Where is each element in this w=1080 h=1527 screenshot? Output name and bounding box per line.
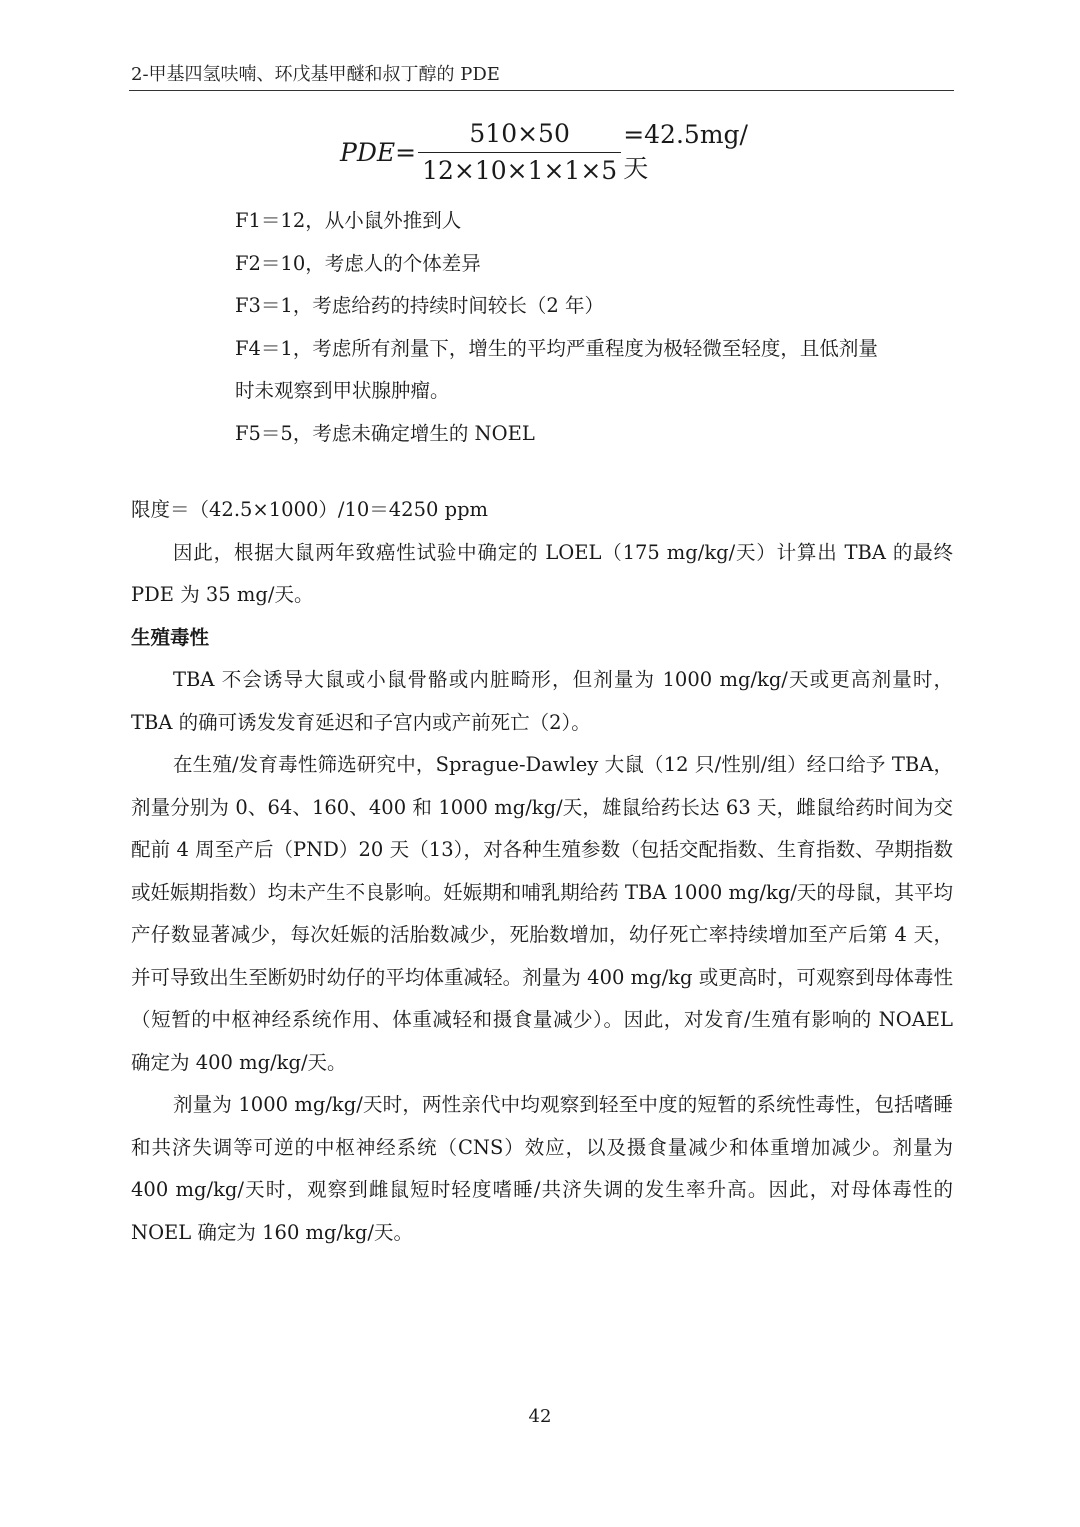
pde-formula: PDE= 510×50 12×10×1×1×5 =42.5mg/天 [340, 112, 760, 192]
formula-lhs: PDE= [340, 138, 416, 167]
header-divider [129, 90, 954, 91]
running-header: 2-甲基四氢呋喃、环戊基甲醚和叔丁醇的 PDE [131, 62, 953, 88]
formula-fraction: 510×50 12×10×1×1×5 [418, 120, 621, 185]
section-title: 生殖毒性 [131, 617, 953, 660]
paragraph: TBA 不会诱导大鼠或小鼠骨骼或内脏畸形，但剂量为 1000 mg/kg/天或更… [131, 659, 953, 744]
formula-denominator: 12×10×1×1×5 [418, 152, 621, 185]
conclusion-paragraph: 因此，根据大鼠两年致癌性试验中确定的 LOEL（175 mg/kg/天）计算出 … [131, 532, 953, 617]
factor-list: F1＝12，从小鼠外推到人 F2＝10，考虑人的个体差异 F3＝1，考虑给药的持… [235, 200, 955, 455]
factor-f4: F4＝1，考虑所有剂量下，增生的平均严重程度为极轻微至轻度，且低剂量 [235, 328, 955, 371]
main-text: 限度＝（42.5×1000）/10＝4250 ppm 因此，根据大鼠两年致癌性试… [131, 489, 953, 1254]
factor-f1: F1＝12，从小鼠外推到人 [235, 200, 955, 243]
paragraph: 剂量为 1000 mg/kg/天时，两性亲代中均观察到轻至中度的短暂的系统性毒性… [131, 1084, 953, 1254]
formula-numerator: 510×50 [465, 120, 573, 152]
factor-f4-continued: 时未观察到甲状腺肿瘤。 [235, 370, 955, 413]
factor-f2: F2＝10，考虑人的个体差异 [235, 243, 955, 286]
factor-f5: F5＝5，考虑未确定增生的 NOEL [235, 413, 955, 456]
formula-result: =42.5mg/天 [623, 120, 760, 185]
paragraph: 在生殖/发育毒性筛选研究中，Sprague-Dawley 大鼠（12 只/性别/… [131, 744, 953, 1084]
factor-f3: F3＝1，考虑给药的持续时间较长（2 年） [235, 285, 955, 328]
limit-line: 限度＝（42.5×1000）/10＝4250 ppm [131, 489, 953, 532]
page-number: 42 [0, 1406, 1080, 1427]
